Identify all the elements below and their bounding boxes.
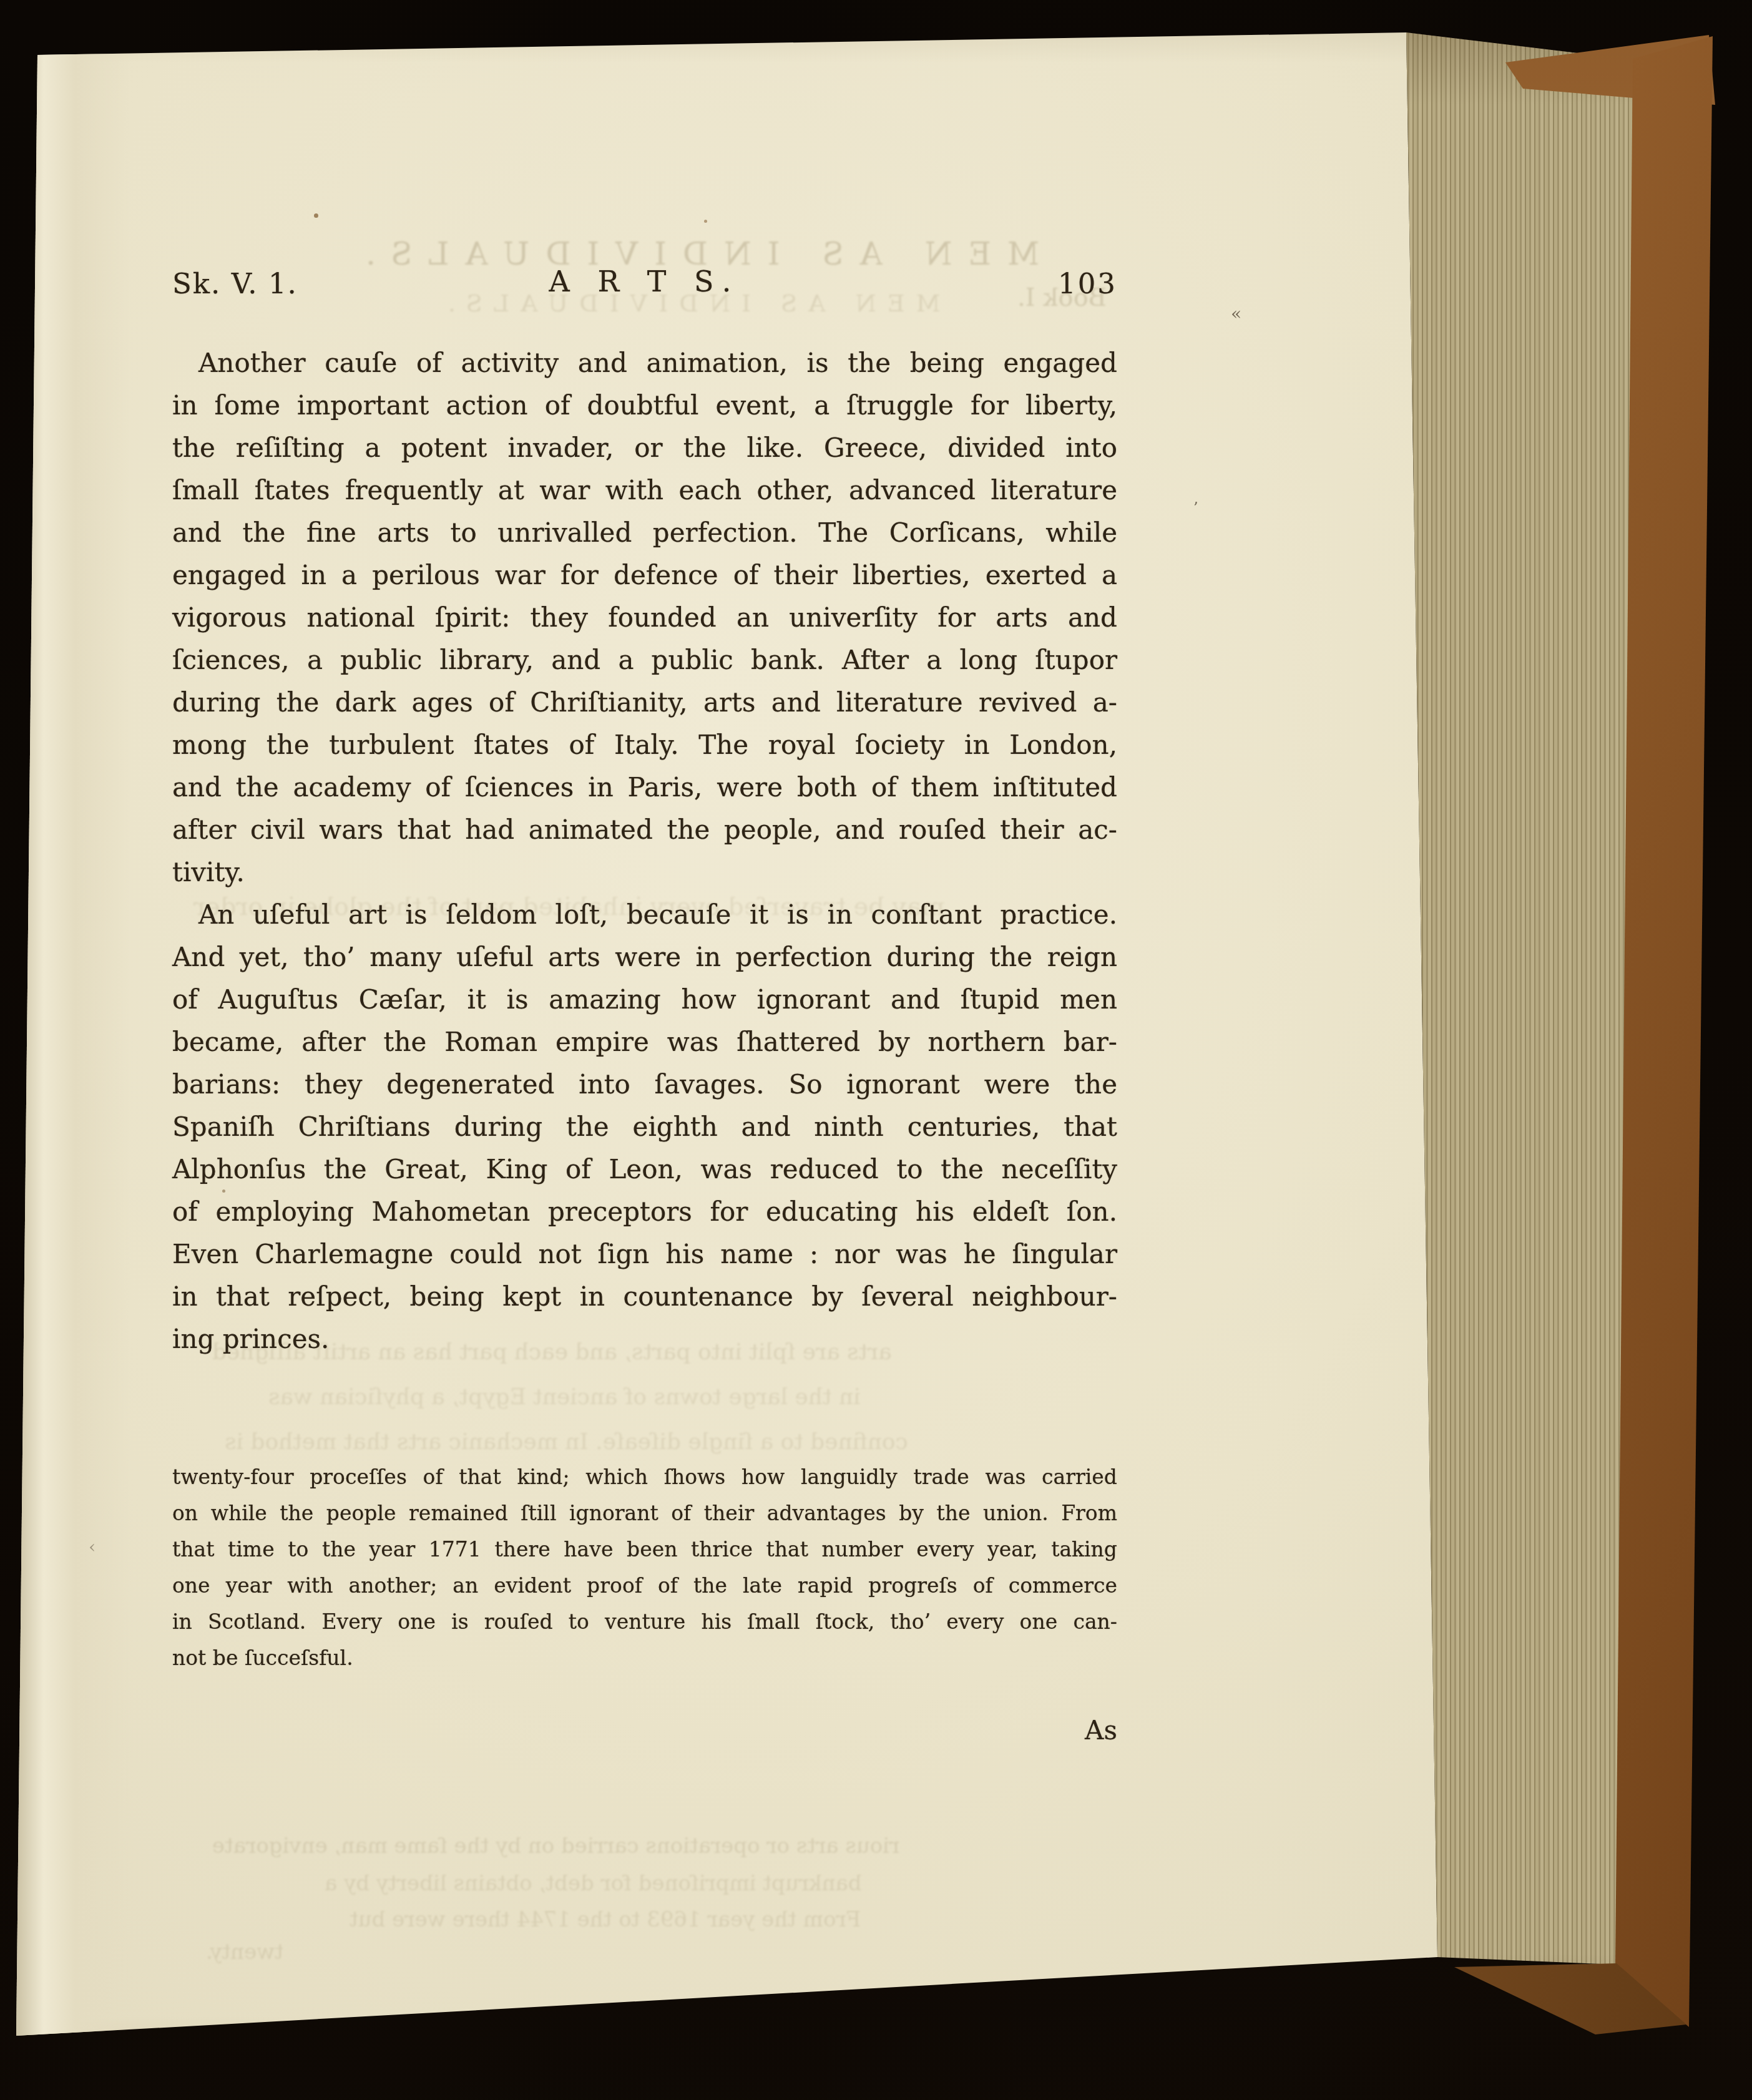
foxing-spot	[704, 220, 707, 223]
text-line: tivity.	[172, 851, 1117, 894]
text-line: ing princes.	[172, 1318, 1117, 1360]
foxing-spot	[314, 213, 318, 218]
text-line: ſmall ſtates frequently at war with each…	[172, 469, 1117, 512]
text-line: and the fine arts to unrivalled perfecti…	[172, 512, 1117, 554]
text-line: became, after the Roman empire was ſhatt…	[172, 1021, 1117, 1063]
ghost-showthrough-line: confined to a ſingle diſeaſe. In mechani…	[225, 1429, 908, 1455]
text-line: in that reſpect, being kept in countenan…	[172, 1276, 1117, 1318]
ink-mark: «	[1231, 303, 1241, 324]
chapter-title: A R T S.	[172, 265, 1117, 298]
paragraph: An uſeful art is ſeldom loſt, becauſe it…	[172, 894, 1117, 1360]
catchword: As	[172, 1715, 1117, 1746]
text-line: Another cauſe of activity and animation,…	[172, 342, 1117, 384]
text-line: barians: they degenerated into ſavages. …	[172, 1063, 1117, 1106]
text-line: that time to the year 1771 there have be…	[172, 1531, 1117, 1568]
text-line: Alphonſus the Great, King of Leon, was r…	[172, 1148, 1117, 1191]
text-line: and the academy of ſciences in Paris, we…	[172, 766, 1117, 809]
text-line: the reſiſting a potent invader, or the l…	[172, 427, 1117, 469]
text-line: Even Charlemagne could not ſign his name…	[172, 1233, 1117, 1276]
main-text: Another cauſe of activity and animation,…	[172, 342, 1117, 1360]
text-line: engaged in a perilous war for defence of…	[172, 554, 1117, 597]
text-line: An uſeful art is ſeldom loſt, becauſe it…	[172, 894, 1117, 936]
ghost-showthrough-line: in the large towns of ancient Egypt, a p…	[268, 1384, 861, 1410]
ghost-showthrough-line: twenty.	[206, 1940, 283, 1965]
text-line: ſciences, a public library, and a public…	[172, 639, 1117, 681]
text-line: in Scotland. Every one is rouſed to vent…	[172, 1604, 1117, 1640]
text-line: not be ſucceſsful.	[172, 1640, 1117, 1676]
text-line: mong the turbulent ſtates of Italy. The …	[172, 724, 1117, 766]
ink-mark: ’	[1193, 499, 1198, 517]
text-line: Spaniſh Chriſtians during the eighth and…	[172, 1106, 1117, 1148]
page-number: 103	[1058, 267, 1117, 300]
text-line: after civil wars that had animated the p…	[172, 809, 1117, 851]
foxing-spot	[222, 1189, 225, 1193]
footnote: twenty-four proceſſes of that kind; whic…	[172, 1459, 1117, 1676]
text-line: of employing Mahometan preceptors for ed…	[172, 1191, 1117, 1233]
text-line: vigorous national ſpirit: they founded a…	[172, 597, 1117, 639]
text-line: of Auguſtus Cæſar, it is amazing how ign…	[172, 979, 1117, 1021]
text-line: one year with another; an evident proof …	[172, 1568, 1117, 1604]
ink-mark: ‹	[89, 1536, 95, 1557]
text-line: on while the people remained ſtill ignor…	[172, 1495, 1117, 1531]
text-line: during the dark ages of Chriſtianity, ar…	[172, 681, 1117, 724]
text-line: in ſome important action of doubtful eve…	[172, 384, 1117, 427]
running-head: Sk. V. 1. A R T S. 103	[172, 265, 1117, 302]
ghost-showthrough-line: rious arts or operations carried on by t…	[212, 1834, 899, 1858]
book-photograph: MEN AS INDIVIDUALS. MEN AS INDIVIDUALS. …	[0, 0, 1752, 2100]
paragraph: Another cauſe of activity and animation,…	[172, 342, 1117, 894]
text-line: twenty-four proceſſes of that kind; whic…	[172, 1459, 1117, 1495]
ghost-showthrough-line: From the year 1693 to the 1744 there wer…	[350, 1907, 861, 1932]
text-line: And yet, tho’ many uſeful arts were in p…	[172, 936, 1117, 979]
ghost-showthrough-line: bankrupt impriſoned for debt, obtains li…	[325, 1871, 861, 1896]
